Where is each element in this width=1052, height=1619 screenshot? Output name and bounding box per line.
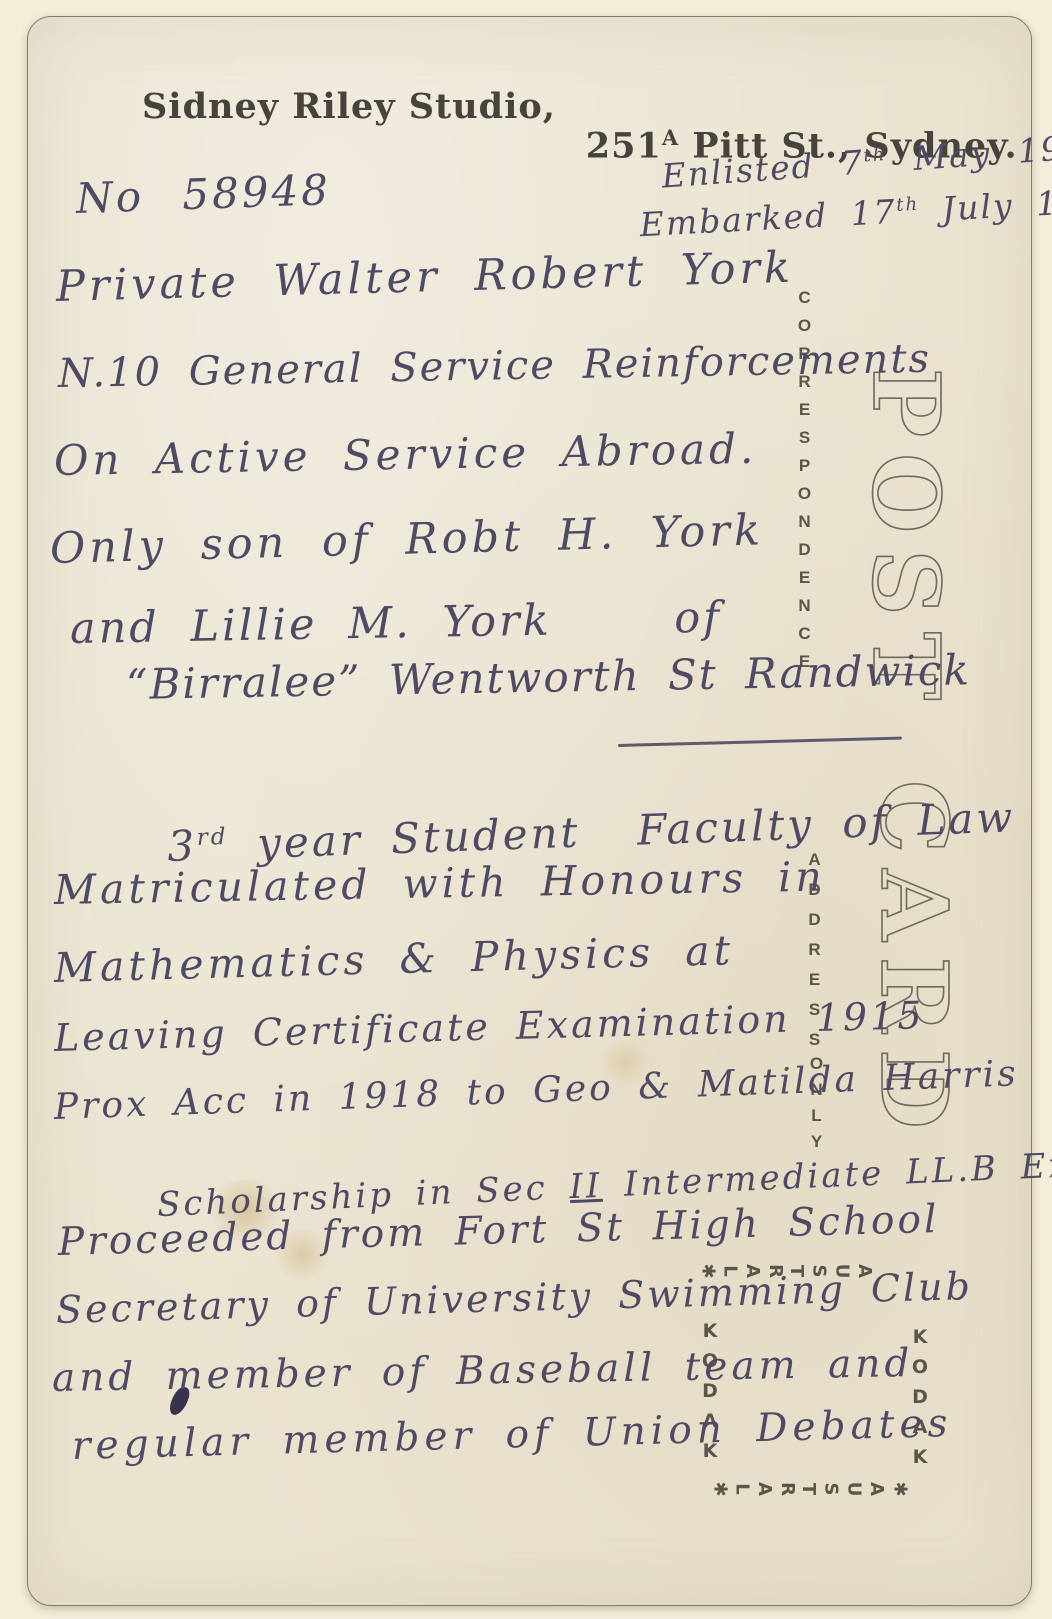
handwritten-service-number: No 58948 bbox=[75, 167, 331, 222]
postcard-scan: Sidney Riley Studio, 251A Pitt St., Sydn… bbox=[0, 0, 1052, 1619]
studio-name: Sidney Riley Studio, bbox=[142, 86, 556, 127]
kodak-austral-watermark-bottom: ✱LARTSUA✱ bbox=[712, 1480, 907, 1498]
